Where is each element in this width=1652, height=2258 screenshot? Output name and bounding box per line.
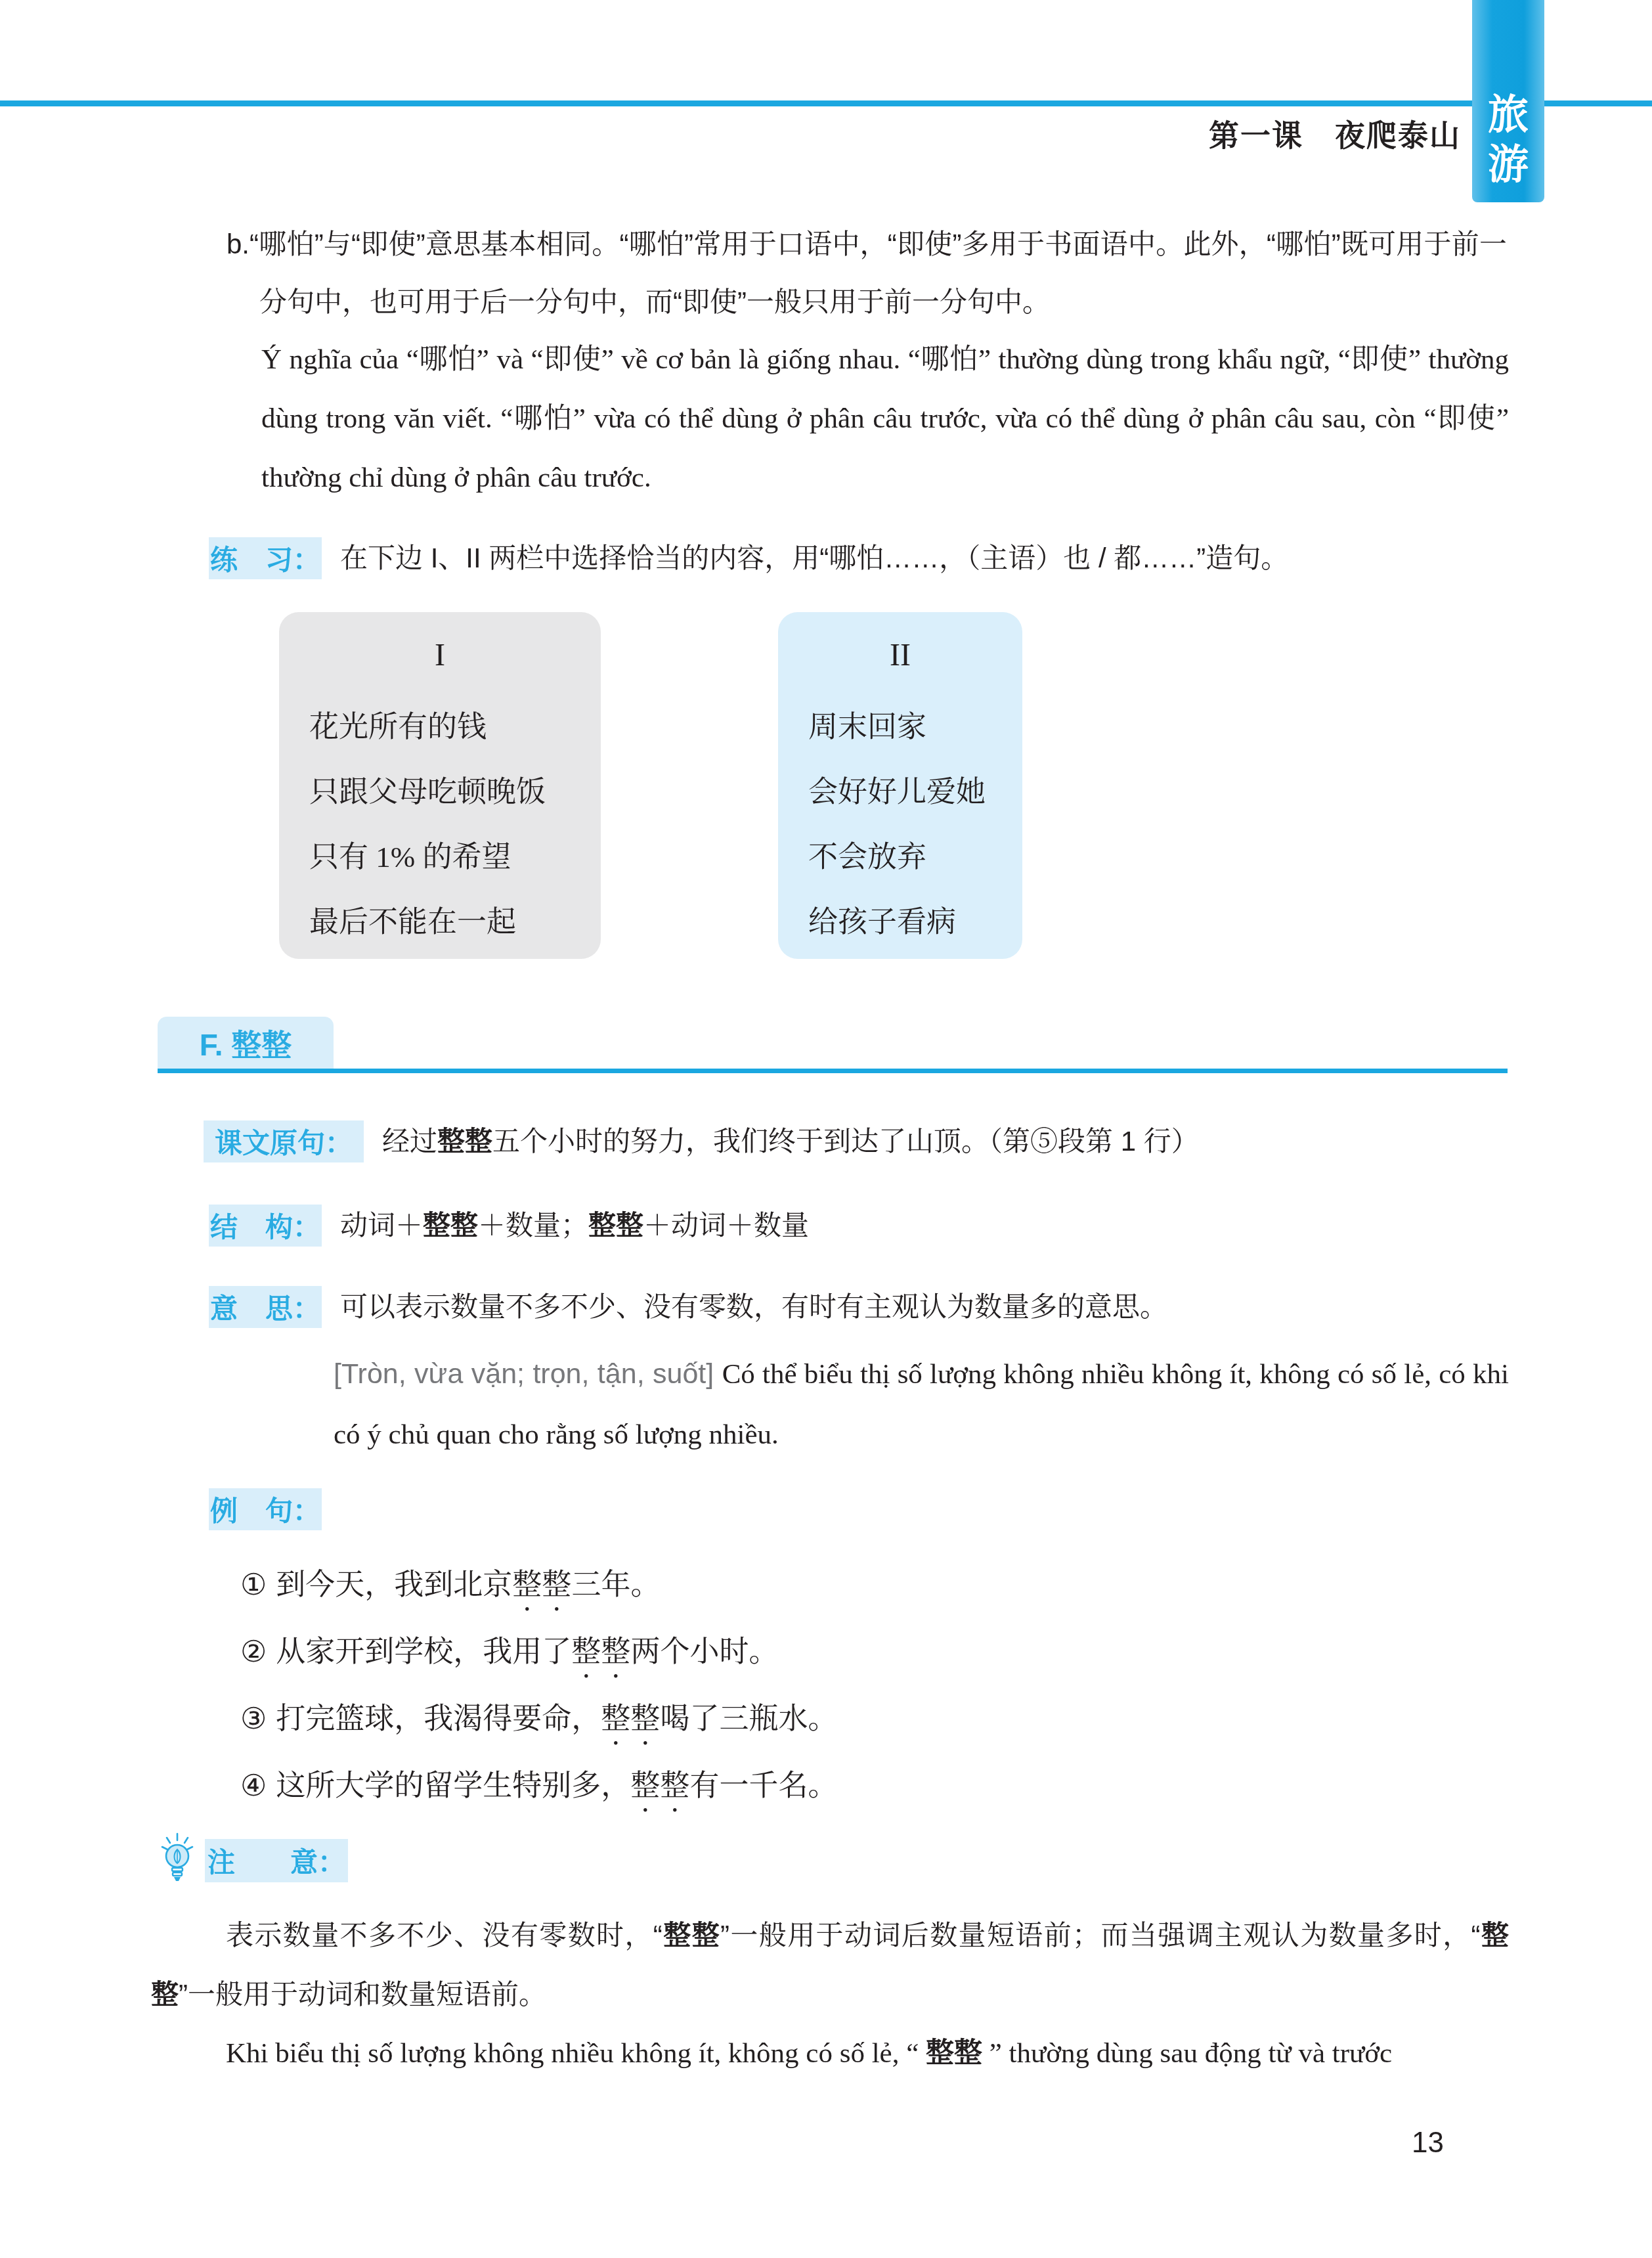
textbook-page: 第一课 夜爬泰山 旅 游 b.“哪怕”与“即使”意思基本相同。“哪怕”常用于口语… (0, 0, 1652, 2258)
source-sentence-label: 课文原句： (204, 1120, 364, 1162)
list-item: 只跟父母吃顿晚饭 (279, 760, 601, 825)
example-number: ② (240, 1635, 267, 1668)
source-sentence-text: 经过整整五个小时的努力，我们终于到达了山顶。（第⑤段第 1 行） (382, 1120, 1199, 1162)
meaning-text: 可以表示数量不多不少、没有零数，有时有主观认为数量多的意思。 (340, 1286, 1167, 1328)
meaning-vietnamese-text: [Tròn, vừa vặn; trọn, tận, suốt] Có thể … (334, 1344, 1509, 1465)
choice-box-2: II 周末回家 会好好儿爱她 不会放弃 给孩子看病 (778, 612, 1022, 959)
meaning-label: 意 思： (209, 1286, 322, 1328)
list-item: 不会放弃 (778, 825, 1022, 890)
note-row: 注 意： (159, 1832, 348, 1888)
examples-label: 例 句： (209, 1488, 322, 1530)
section-f-title: F. 整整 (158, 1017, 334, 1069)
point-b-chinese-paragraph: b.“哪怕”与“即使”意思基本相同。“哪怕”常用于口语中，“即使”多用于书面语中… (227, 215, 1507, 331)
structure-row: 结 构： 动词＋整整＋数量；整整＋动词＋数量 (209, 1205, 809, 1247)
note-label: 注 意： (205, 1839, 348, 1882)
practice-instruction: 在下边 I、II 两栏中选择恰当的内容，用“哪怕……，（主语）也 / 都……”造… (340, 537, 1288, 579)
structure-text: 动词＋整整＋数量；整整＋动词＋数量 (340, 1205, 809, 1247)
point-b-vietnamese-paragraph: Ý nghĩa của “哪怕” và “即使” về cơ bản là gi… (261, 330, 1509, 508)
choice-box-2-title: II (778, 629, 1022, 695)
section-f-rule (158, 1069, 1508, 1073)
list-item: 会好好儿爱她 (778, 760, 1022, 825)
structure-label: 结 构： (209, 1205, 322, 1247)
chapter-side-tab: 旅 游 (1472, 0, 1544, 202)
note-chinese-paragraph: 表示数量不多不少、没有零数时，“整整”一般用于动词后数量短语前；而当强调主观认为… (151, 1906, 1509, 2024)
list-item: 给孩子看病 (778, 890, 1022, 955)
side-tab-char: 旅 (1488, 91, 1529, 141)
example-sentence: ③打完篮球，我渴得要命，整整喝了三瓶水。 (240, 1685, 837, 1752)
side-tab-char: 游 (1488, 141, 1529, 190)
example-number: ③ (240, 1702, 267, 1735)
choice-box-1: I 花光所有的钱 只跟父母吃顿晚饭 只有 1% 的希望 最后不能在一起 (279, 612, 601, 959)
example-number: ④ (240, 1769, 267, 1802)
header-rule (0, 100, 1652, 106)
source-sentence-row: 课文原句： 经过整整五个小时的努力，我们终于到达了山顶。（第⑤段第 1 行） (204, 1120, 1199, 1162)
lightbulb-icon (159, 1832, 196, 1888)
example-text: 这所大学的留学生特别多，整整有一千名。 (276, 1769, 837, 1802)
list-item: 周末回家 (778, 695, 1022, 760)
example-text: 到今天，我到北京整整三年。 (276, 1568, 660, 1601)
list-item: 花光所有的钱 (279, 695, 601, 760)
practice-label: 练 习： (209, 537, 322, 579)
page-number: 13 (1412, 2127, 1444, 2159)
examples-list: ①到今天，我到北京整整三年。 ②从家开到学校，我用了整整两个小时。 ③打完篮球，… (240, 1551, 837, 1819)
example-sentence: ①到今天，我到北京整整三年。 (240, 1551, 837, 1618)
example-sentence: ④这所大学的留学生特别多，整整有一千名。 (240, 1752, 837, 1819)
practice-row: 练 习： 在下边 I、II 两栏中选择恰当的内容，用“哪怕……，（主语）也 / … (209, 537, 1288, 579)
example-sentence: ②从家开到学校，我用了整整两个小时。 (240, 1618, 837, 1685)
note-vietnamese-paragraph: Khi biểu thị số lượng không nhiều không … (151, 2024, 1509, 2083)
lesson-title: 第一课 夜爬泰山 (1209, 112, 1461, 155)
meaning-row: 意 思： 可以表示数量不多不少、没有零数，有时有主观认为数量多的意思。 (209, 1286, 1167, 1328)
examples-row: 例 句： (209, 1488, 322, 1530)
list-item: 只有 1% 的希望 (279, 825, 601, 890)
example-number: ① (240, 1568, 267, 1601)
choice-box-1-title: I (279, 629, 601, 695)
example-text: 打完篮球，我渴得要命，整整喝了三瓶水。 (276, 1702, 837, 1735)
example-text: 从家开到学校，我用了整整两个小时。 (276, 1635, 778, 1668)
list-item: 最后不能在一起 (279, 890, 601, 955)
